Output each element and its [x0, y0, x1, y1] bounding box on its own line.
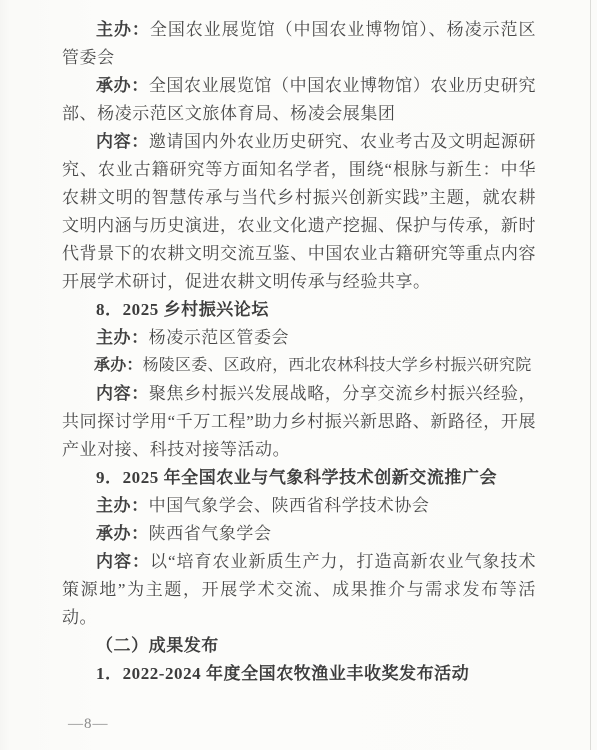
- field-text: 邀请国内外农业历史研究、农业考古及文明起源研究、农业古籍研究等方面知名学者，围绕…: [62, 132, 536, 291]
- section-heading-item-8: 8．2025 乡村振兴论坛: [62, 296, 536, 324]
- paragraph-organizer: 主办：杨凌示范区管委会: [62, 324, 536, 352]
- paragraph-undertaker: 承办：杨陵区委、区政府，西北农林科技大学乡村振兴研究院: [62, 352, 536, 380]
- paragraph-undertaker: 承办：陕西省气象学会: [62, 520, 536, 548]
- paragraph-content: 内容：以“培育农业新质生产力，打造高新农业气象技术策源地”为主题，开展学术交流、…: [62, 548, 536, 632]
- document-page: 主办：全国农业展览馆（中国农业博物馆）、杨凌示范区管委会 承办：全国农业展览馆（…: [0, 0, 597, 750]
- field-text: 杨凌示范区管委会: [149, 328, 289, 347]
- section-heading-item-1: 1．2022-2024 年度全国农牧渔业丰收奖发布活动: [62, 660, 536, 688]
- field-text: 杨陵区委、区政府，西北农林科技大学乡村振兴研究院: [143, 357, 532, 374]
- subsection-heading-results: （二）成果发布: [62, 632, 536, 660]
- field-label: 主办：: [96, 20, 150, 39]
- field-label: 主办：: [96, 496, 149, 515]
- paragraph-organizer: 主办：中国气象学会、陕西省科学技术协会: [62, 492, 536, 520]
- field-label: 内容：: [96, 552, 150, 571]
- field-label: 承办：: [96, 76, 149, 95]
- paragraph-content: 内容：聚焦乡村振兴发展战略，分享交流乡村振兴经验，共同探讨学用“千万工程”助力乡…: [62, 380, 536, 464]
- section-heading-item-9: 9．2025 年全国农业与气象科学技术创新交流推广会: [62, 464, 536, 492]
- field-label: 承办：: [94, 357, 143, 374]
- document-content: 主办：全国农业展览馆（中国农业博物馆）、杨凌示范区管委会 承办：全国农业展览馆（…: [62, 16, 536, 688]
- paragraph-organizer: 主办：全国农业展览馆（中国农业博物馆）、杨凌示范区管委会: [62, 16, 536, 72]
- field-label: 内容：: [96, 132, 149, 151]
- right-margin-strip: [591, 0, 597, 750]
- field-label: 内容：: [96, 384, 149, 403]
- paragraph-undertaker: 承办：全国农业展览馆（中国农业博物馆）农业历史研究部、杨凌示范区文旅体育局、杨凌…: [62, 72, 536, 128]
- field-label: 承办：: [96, 524, 149, 543]
- field-text: 中国气象学会、陕西省科学技术协会: [149, 496, 430, 515]
- page-number: —8—: [68, 713, 109, 735]
- paragraph-content: 内容：邀请国内外农业历史研究、农业考古及文明起源研究、农业古籍研究等方面知名学者…: [62, 128, 536, 296]
- field-label: 主办：: [96, 328, 149, 347]
- field-text: 陕西省气象学会: [149, 524, 272, 543]
